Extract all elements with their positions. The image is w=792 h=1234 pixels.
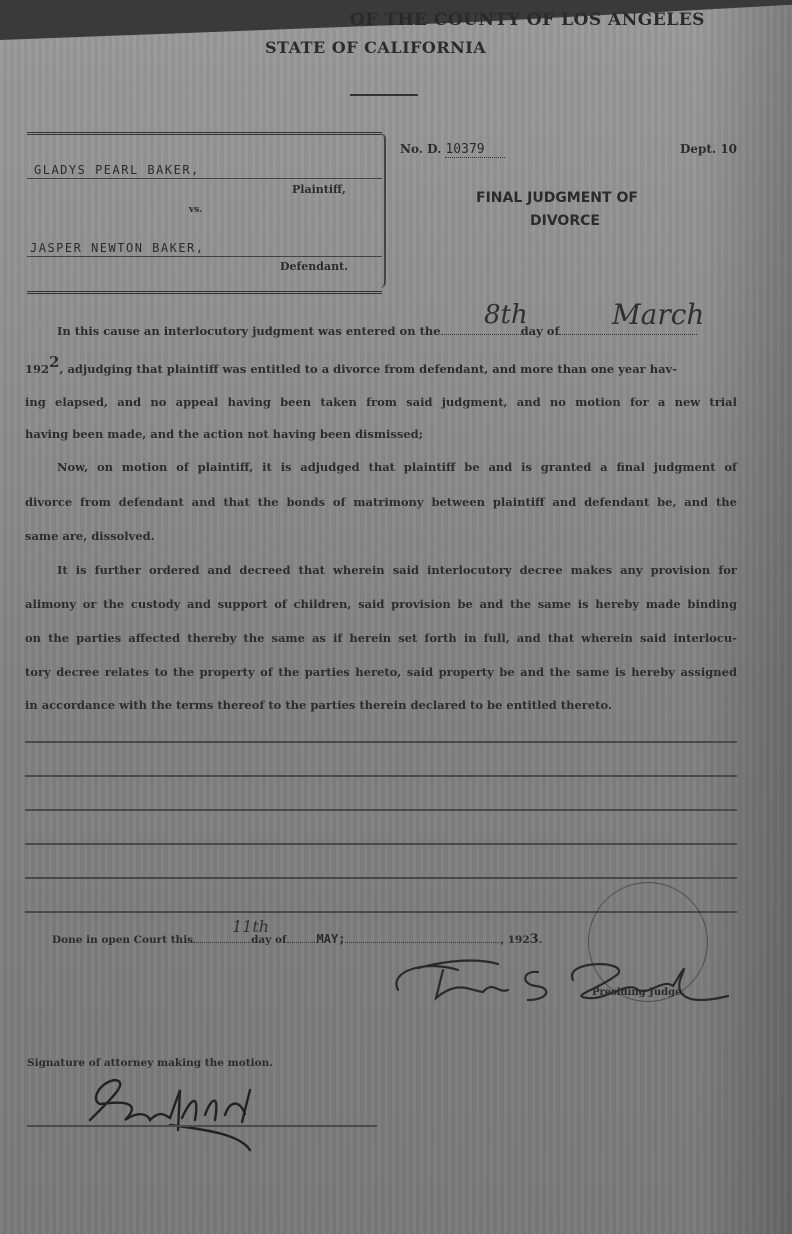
handwritten-month: March <box>612 298 704 331</box>
judge-title: Presiding Judge. <box>592 987 685 998</box>
versus-label: vs. <box>189 205 202 215</box>
blank-line <box>25 843 737 845</box>
header-rule <box>350 94 418 96</box>
paragraph2-line2: divorce from defendant and that the bond… <box>25 495 737 509</box>
attorney-signature-line <box>27 1125 377 1127</box>
paragraph2-line3: same are, dissolved. <box>25 529 737 543</box>
paragraph1-line4: having been made, and the action not hav… <box>25 427 737 441</box>
blank-line <box>25 775 737 777</box>
attorney-signature-icon <box>70 1070 270 1155</box>
paragraph3-line4: tory decree relates to the property of t… <box>25 665 737 679</box>
case-number: No. D. 10379 <box>400 142 505 157</box>
paragraph3-line2: alimony or the custody and support of ch… <box>25 597 737 611</box>
month-typed: MAY; <box>317 932 346 946</box>
defendant-label: Defendant. <box>280 260 348 273</box>
blank-line <box>25 809 737 811</box>
paragraph2-line1: Now, on motion of plaintiff, it is adjud… <box>25 460 737 474</box>
paragraph3-line5: in accordance with the terms thereof to … <box>25 698 737 712</box>
department: Dept. 10 <box>680 142 737 156</box>
handwritten-day: 8th <box>484 300 528 330</box>
handwritten-year: 2 <box>49 353 59 371</box>
case-number-label: No. D. <box>400 142 441 156</box>
plaintiff-name: GLADYS PEARL BAKER, <box>34 163 200 177</box>
done-in-court-clause: Done in open Court thisday ofMAY;, 1923. <box>52 932 542 947</box>
court-header: OF THE COUNTY OF LOS ANGELES <box>350 10 705 30</box>
defendant-line <box>27 256 382 257</box>
defendant-name: JASPER NEWTON BAKER, <box>30 241 205 255</box>
document-title-line2: DIVORCE <box>530 213 600 229</box>
blank-line <box>25 741 737 743</box>
caption-brace <box>378 133 386 288</box>
case-number-value: 10379 <box>445 142 504 158</box>
attorney-signature-label: Signature of attorney making the motion. <box>27 1057 273 1069</box>
state-header: STATE OF CALIFORNIA <box>265 38 486 57</box>
paragraph3-line3: on the parties affected thereby the same… <box>25 631 737 645</box>
plaintiff-line <box>27 178 382 179</box>
judge-signature-icon <box>388 950 738 1010</box>
paragraph1-line3: ing elapsed, and no appeal having been t… <box>25 395 737 409</box>
paragraph3-line1: It is further ordered and decreed that w… <box>25 563 737 577</box>
handwritten-day-done: 11th <box>232 917 269 936</box>
document-title-line1: FINAL JUDGMENT OF <box>476 190 638 206</box>
paragraph1-line2: 1922, adjudging that plaintiff was entit… <box>25 359 737 377</box>
plaintiff-label: Plaintiff, <box>292 183 346 196</box>
blank-line <box>25 877 737 879</box>
year-digit: 3 <box>530 932 539 947</box>
